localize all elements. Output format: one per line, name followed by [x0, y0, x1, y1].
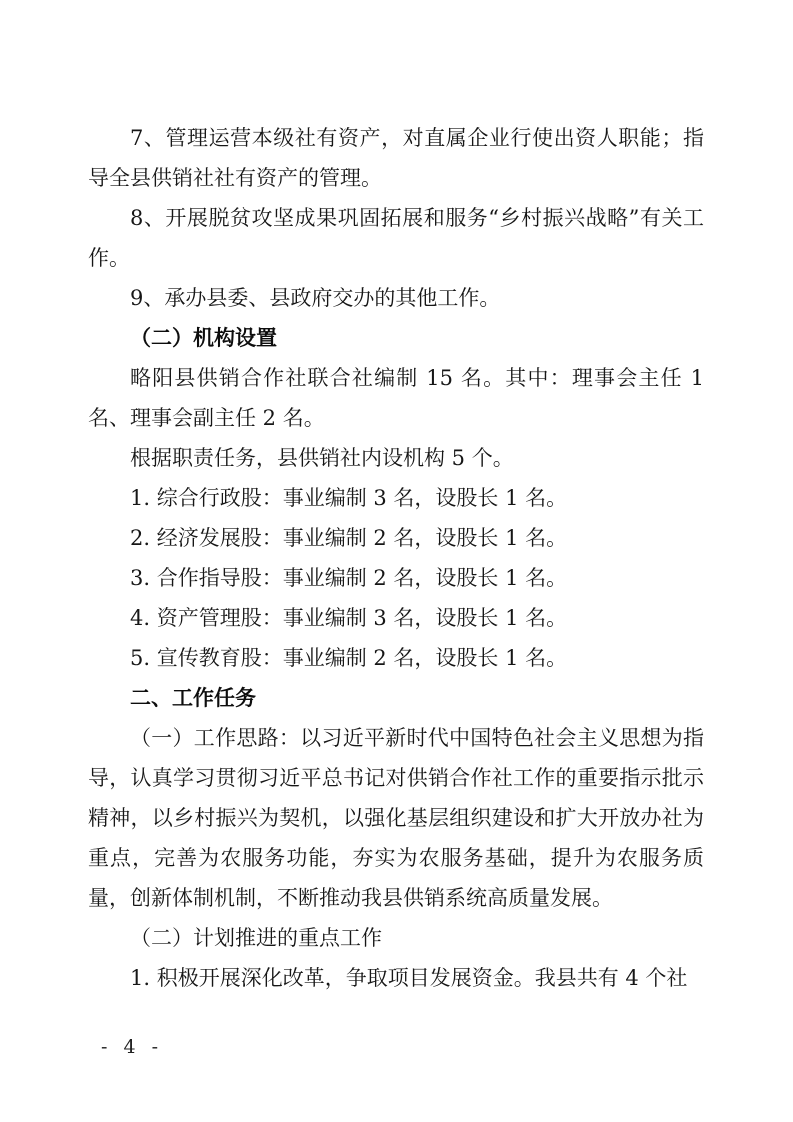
document-body: 7、管理运营本级社有资产，对直属企业行使出资人职能；指导全县供销社社有资产的管理…: [88, 118, 704, 998]
heading-work-tasks: 二、工作任务: [88, 678, 704, 718]
paragraph-org-4: 4. 资产管理股：事业编制 3 名，设股长 1 名。: [88, 598, 704, 638]
paragraph-duty-9: 9、承办县委、县政府交办的其他工作。: [88, 278, 704, 318]
paragraph-org-1: 1. 综合行政股：事业编制 3 名，设股长 1 名。: [88, 478, 704, 518]
heading-org-setup: （二）机构设置: [88, 318, 704, 358]
document-page: 7、管理运营本级社有资产，对直属企业行使出资人职能；指导全县供销社社有资产的管理…: [0, 0, 793, 1122]
paragraph-org-2: 2. 经济发展股：事业编制 2 名，设股长 1 名。: [88, 518, 704, 558]
paragraph-work-approach: （一）工作思路：以习近平新时代中国特色社会主义思想为指导，认真学习贯彻习近平总书…: [88, 718, 704, 918]
paragraph-org-3: 3. 合作指导股：事业编制 2 名，设股长 1 名。: [88, 558, 704, 598]
paragraph-duty-7: 7、管理运营本级社有资产，对直属企业行使出资人职能；指导全县供销社社有资产的管理…: [88, 118, 704, 198]
paragraph-duty-8: 8、开展脱贫攻坚成果巩固拓展和服务“乡村振兴战略”有关工作。: [88, 198, 704, 278]
page-number: - 4 -: [101, 1035, 163, 1059]
paragraph-key-work-plan: （二）计划推进的重点工作: [88, 918, 704, 958]
paragraph-staffing: 略阳县供销合作社联合社编制 15 名。其中：理事会主任 1 名、理事会副主任 2…: [88, 358, 704, 438]
paragraph-org-5: 5. 宣传教育股：事业编制 2 名，设股长 1 名。: [88, 638, 704, 678]
paragraph-reform-funding: 1. 积极开展深化改革，争取项目发展资金。我县共有 4 个社: [88, 958, 704, 998]
paragraph-internal-orgs: 根据职责任务，县供销社内设机构 5 个。: [88, 438, 704, 478]
